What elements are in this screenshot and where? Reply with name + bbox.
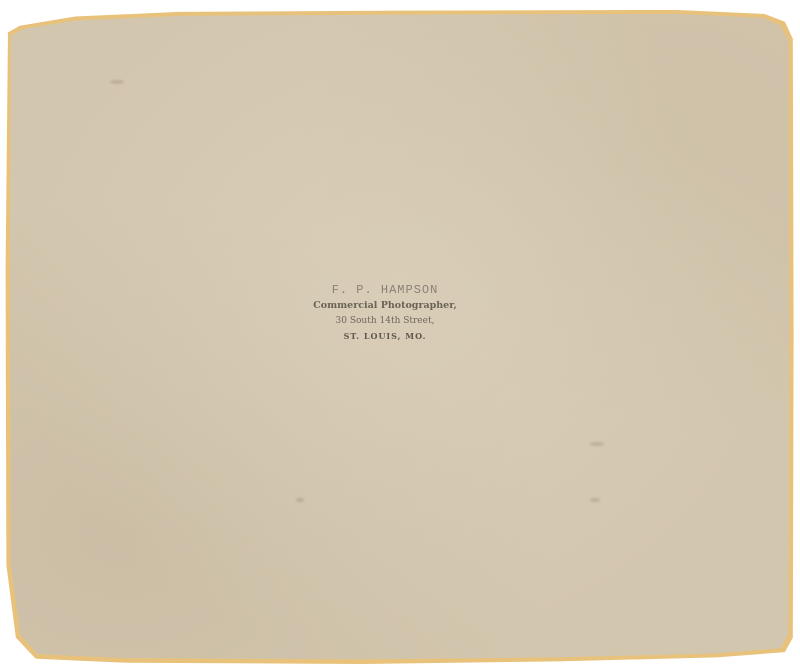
stamp-city: ST. LOUIS, MO. [300,331,470,341]
smudge-mark [296,498,304,502]
stamp-name: F. P. HAMPSON [300,283,470,297]
smudge-mark [590,498,600,502]
smudge-mark [590,442,604,446]
stamp-address: 30 South 14th Street, [300,316,470,326]
smudge-mark [110,80,124,84]
stamp-title: Commercial Photographer, [300,300,470,311]
photographer-stamp: F. P. HAMPSON Commercial Photographer, 3… [300,283,470,341]
